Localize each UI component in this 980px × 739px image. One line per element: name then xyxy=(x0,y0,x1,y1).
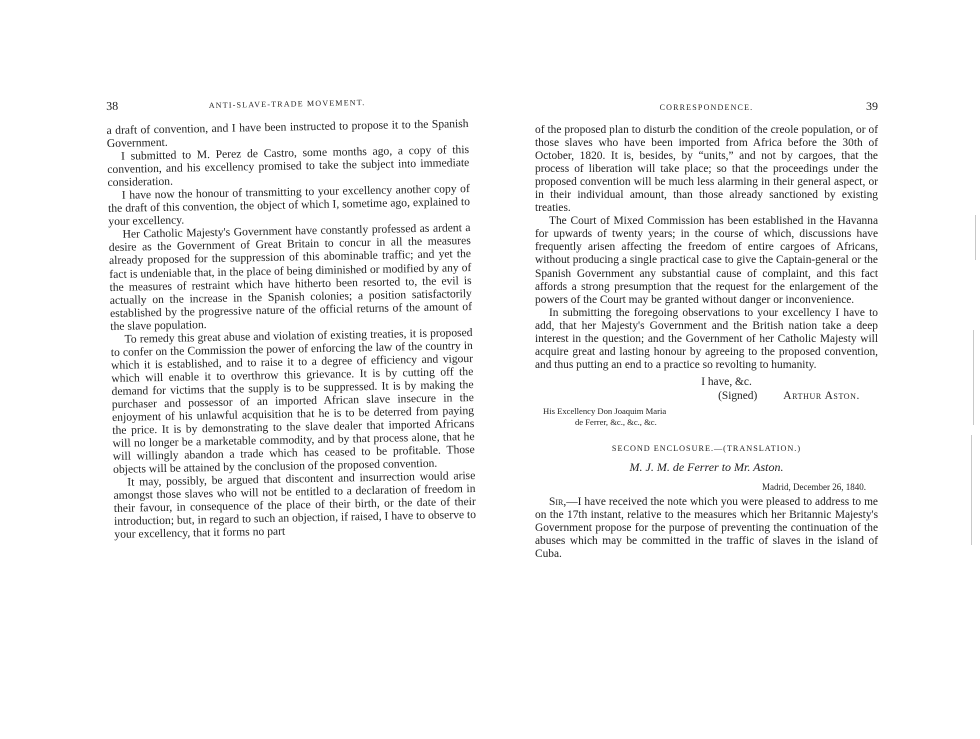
running-head-right: CORRESPONDENCE. 39 xyxy=(535,100,878,116)
addressee-line-1: His Excellency Don Joaquim Maria xyxy=(543,406,878,417)
paragraph: It may, possibly, be argued that discont… xyxy=(113,469,476,541)
scan-artifact-line xyxy=(973,330,974,425)
addressee-block: His Excellency Don Joaquim Maria de Ferr… xyxy=(535,406,878,428)
scan-artifact-line xyxy=(971,435,972,545)
letter-title: M. J. M. de Ferrer to Mr. Aston. xyxy=(535,461,878,474)
paragraph: The Court of Mixed Commission has been e… xyxy=(535,215,878,306)
salutation: Sir, xyxy=(549,496,566,508)
paragraph: To remedy this great abuse and violation… xyxy=(110,326,475,476)
running-head-title-right: CORRESPONDENCE. xyxy=(535,101,878,114)
addressee-line-2: de Ferrer, &c., &c., &c. xyxy=(543,417,878,428)
signature-line: (Signed) Arthur Aston. xyxy=(535,390,878,403)
paragraph: Her Catholic Majesty's Government have c… xyxy=(108,221,472,332)
paragraph: of the proposed plan to disturb the cond… xyxy=(535,124,878,215)
left-page: 38 ANTI-SLAVE-TRADE MOVEMENT. a draft of… xyxy=(106,93,476,541)
scan-artifact-line xyxy=(975,215,976,260)
letter-closing: I have, &c. (Signed) Arthur Aston. xyxy=(535,376,878,403)
dateline: Madrid, December 26, 1840. xyxy=(535,481,878,494)
letter-body: Sir,—I have received the note which you … xyxy=(535,496,878,561)
enclosure-heading: SECOND ENCLOSURE.—(TRANSLATION.) xyxy=(535,442,878,455)
book-spread: 38 ANTI-SLAVE-TRADE MOVEMENT. a draft of… xyxy=(0,0,980,739)
signer-name: Arthur Aston. xyxy=(783,390,860,403)
running-head-title-left: ANTI-SLAVE-TRADE MOVEMENT. xyxy=(106,94,468,114)
letter-body-text: —I have received the note which you were… xyxy=(535,496,878,560)
page-number-right: 39 xyxy=(866,100,878,113)
signed-label: (Signed) xyxy=(718,390,757,403)
paragraph: In submitting the foregoing observations… xyxy=(535,307,878,372)
running-head-left: 38 ANTI-SLAVE-TRADE MOVEMENT. xyxy=(106,93,468,116)
right-page: CORRESPONDENCE. 39 of the proposed plan … xyxy=(535,100,878,561)
closing-phrase: I have, &c. xyxy=(535,376,878,389)
